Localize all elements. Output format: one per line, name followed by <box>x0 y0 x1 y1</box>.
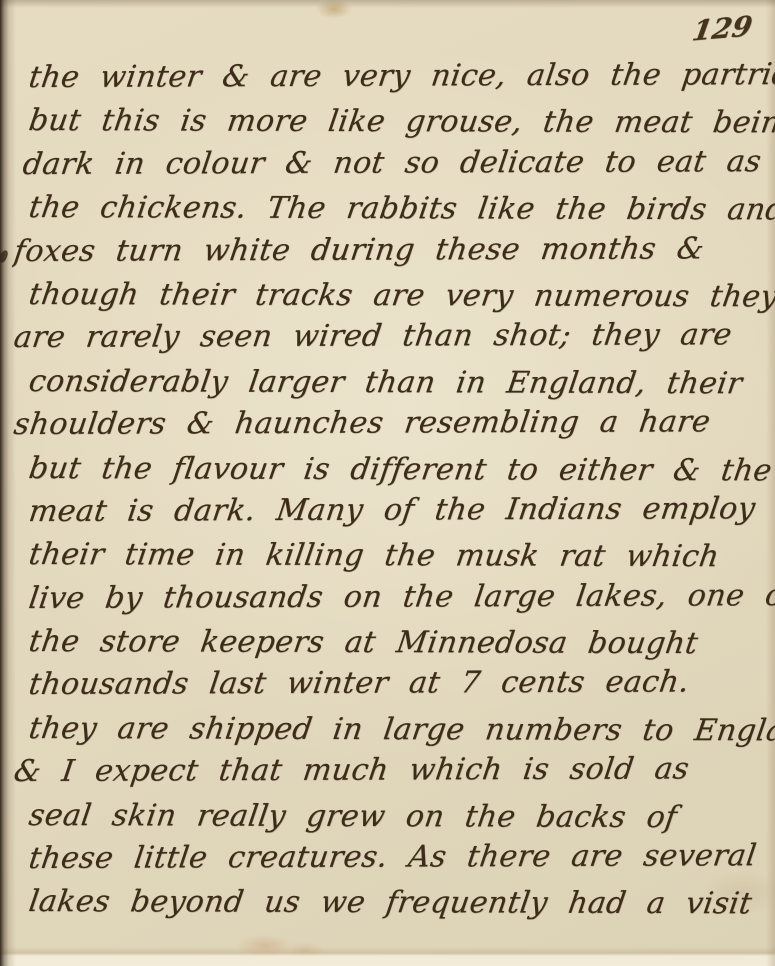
manuscript-line: thousands last winter at 7 cents each. <box>26 661 775 707</box>
manuscript-line: foxes turn white during these months & <box>11 227 775 273</box>
handwritten-text-block: the winter & are very nice, also the par… <box>26 56 773 924</box>
manuscript-line: their time in killing the musk rat which <box>26 533 775 579</box>
manuscript-line: considerably larger than in England, the… <box>26 360 775 406</box>
manuscript-line: the winter & are very nice, also the par… <box>26 53 775 99</box>
manuscript-line: dark in colour & not so delicate to eat … <box>20 140 775 186</box>
manuscript-line: meat is dark. Many of the Indians employ <box>26 487 775 533</box>
manuscript-line: & I expect that much which is sold as <box>11 747 775 793</box>
manuscript-line: seal skin really grew on the backs of <box>26 794 775 840</box>
manuscript-line: but this is more like grouse, the meat b… <box>26 99 775 145</box>
manuscript-line: live by thousands on the large lakes, on… <box>26 574 775 620</box>
manuscript-line: though their tracks are very numerous th… <box>26 273 775 319</box>
manuscript-line: the store keepers at Minnedosa bought <box>26 620 775 666</box>
manuscript-line: are rarely seen wired than shot; they ar… <box>11 313 775 359</box>
manuscript-line: shoulders & haunches resembling a hare <box>11 400 775 446</box>
page-number: 129 <box>689 10 754 48</box>
manuscript-line: lakes beyond us we frequently had a visi… <box>26 880 775 926</box>
manuscript-line: the chickens. The rabbits like the birds… <box>26 186 775 232</box>
manuscript-page: 129 the winter & are very nice, also the… <box>0 0 775 966</box>
ink-speck <box>0 249 9 264</box>
manuscript-line: these little creatures. As there are sev… <box>26 834 775 880</box>
manuscript-line: but the flavour is different to either &… <box>26 447 775 493</box>
manuscript-line: they are shipped in large numbers to Eng… <box>26 707 775 753</box>
